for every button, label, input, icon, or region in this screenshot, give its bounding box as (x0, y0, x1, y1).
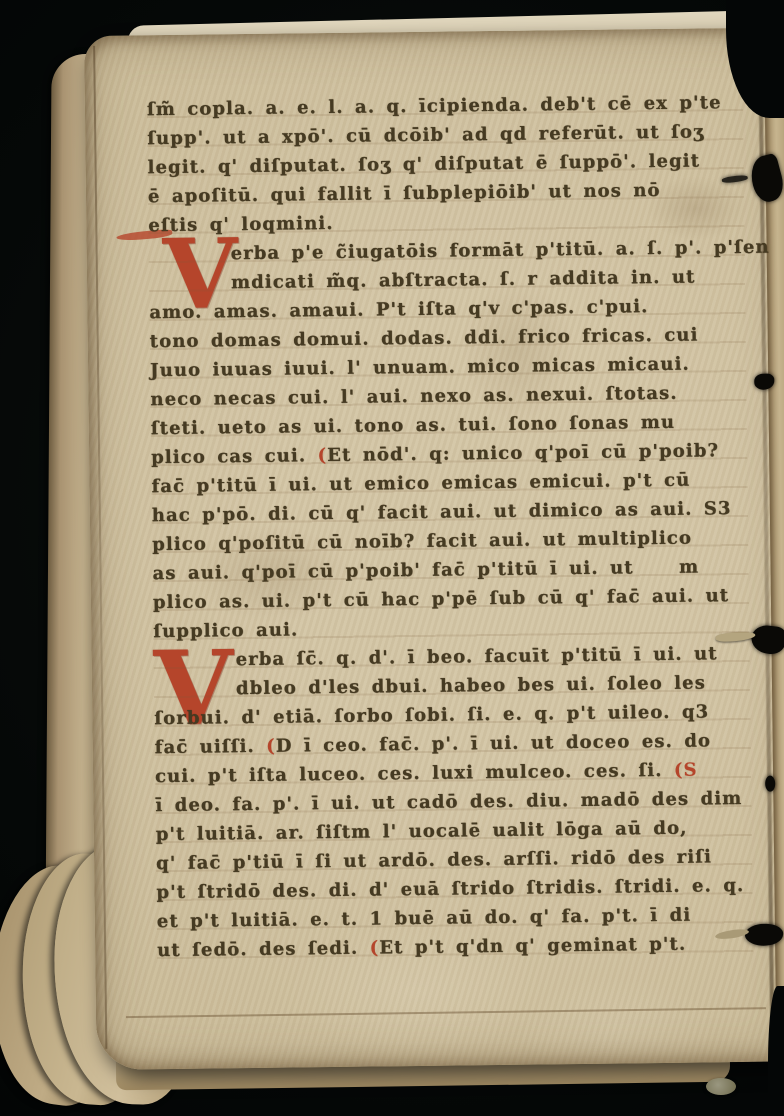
text-segment: ſteti. ueto as ui. tono as. tui. ſono ſo… (151, 412, 676, 439)
text-block: ſm̃ copla. a. e. l. a. q. īcipienda. deb… (147, 88, 754, 965)
text-segment: m (634, 557, 700, 579)
binding-hole-3 (750, 624, 784, 656)
text-segment: iſta q'v c'pas. c'pui. (407, 296, 649, 320)
text-segment: erba ſc̄. q. d'. ī beo. facuīt p'titū ī … (236, 643, 718, 670)
text-segment: fac̄ uiſſi. (155, 736, 267, 758)
text-segment: fac̄ p'titū ī ui. ut emico emicas emicui… (151, 470, 690, 498)
text-segment: eſtis q' loqmini. (148, 213, 334, 236)
bottom-ruling-line (126, 1007, 766, 1018)
left-crease (93, 46, 107, 1049)
text-segment: p't luitiā. ar. ſiſtm l' uocalē ualit lō… (156, 818, 688, 845)
text-segment: D ī ceo. fac̄. p'. ī ui. ut doceo es. do (276, 730, 711, 756)
text-segment: plico q'poſitū cū noīb? facit aui. ut mu… (152, 528, 692, 556)
thread-knot (706, 1078, 736, 1095)
text-segment: Et p't q'dn q' geminat p't. (379, 934, 686, 959)
text-segment: ſm̃ copla. a. e. l. a. q. īcipienda. deb… (147, 92, 722, 120)
text-segment: q' fac̄ p'tiū ī ſi ut ardō. des. arſſi. … (156, 846, 712, 874)
rubric-mark: ( (317, 445, 327, 466)
text-segment: ē apoſitū. qui fallit ī ſubplepiōib' ut … (148, 180, 661, 207)
text-segment: amo. amas. amaui. (149, 299, 376, 323)
text-segment: cui. p't iſta luceo. ces. luxi mulceo. c… (155, 760, 674, 787)
text-segment: ſupplico aui. (153, 619, 298, 642)
text-segment: neco necas cui. l' aui. nexo as. nexui. … (150, 383, 677, 410)
text-segment: P't (376, 299, 407, 320)
text-segment: ī deo. fa. p'. ī ui. ut cadō des. diu. m… (155, 788, 742, 816)
text-segment: p't ſtridō des. di. d' euā ſtrido ſtridi… (156, 875, 744, 903)
text-segment: hac p'pō. di. cū q' facit aui. ut dimico… (152, 498, 732, 526)
manuscript-photo: V V ſm̃ copla. a. e. l. a. q. īcipienda.… (0, 0, 784, 1116)
text-segment: legit. q' diſputat. ſoʒ q' diſputat ē ſu… (147, 150, 700, 178)
text-segment: mdicati m̃q. abſtracta. ſ. r addita in. … (231, 267, 696, 294)
text-line: ut ſedō. des ſedi. (Et p't q'dn q' gemin… (157, 929, 753, 965)
text-segment: tono domas domui. dodas. ddi. frico fric… (150, 325, 699, 353)
binding-hole-4 (765, 776, 775, 792)
text-segment: et p't luitiā. e. t. 1 buē aū do. q' fa.… (157, 905, 692, 933)
photo-corner-shadow-bottom-right (768, 986, 784, 1116)
manuscript-page: V V ſm̃ copla. a. e. l. a. q. īcipienda.… (84, 27, 784, 1069)
text-segment: Et nōd'. q: unico q'poī cū p'poib? (327, 440, 719, 466)
text-segment: plico cas cui. (151, 445, 318, 468)
rubric-mark: ( (266, 736, 276, 757)
text-segment: Juuo iuuas iuui. l' unuam. mico micas mi… (150, 354, 690, 382)
text-segment: ut ſedō. des ſedi. (157, 938, 370, 962)
text-segment: erba p'e c̃iugatōis formāt p'titū. a. ſ.… (231, 237, 770, 265)
text-segment: plico as. ui. p't cū hac p'pē ſub cū q' … (153, 585, 729, 613)
text-segment: ſupp'. ut a xpō'. cū dcōib' ad qd referū… (147, 121, 704, 149)
text-segment: as aui. q'poī cū p'poib' fac̄ p'titū ī u… (152, 557, 633, 584)
text-segment: dbleo d'les dbui. habeo bes ui. ſoleo le… (236, 672, 706, 699)
text-segment: ſorbui. d' etiā. ſorbo ſobi. ſi. e. q. p… (154, 701, 709, 729)
rubric-mark: ( (370, 937, 380, 958)
rubric-mark: (S (674, 760, 698, 781)
